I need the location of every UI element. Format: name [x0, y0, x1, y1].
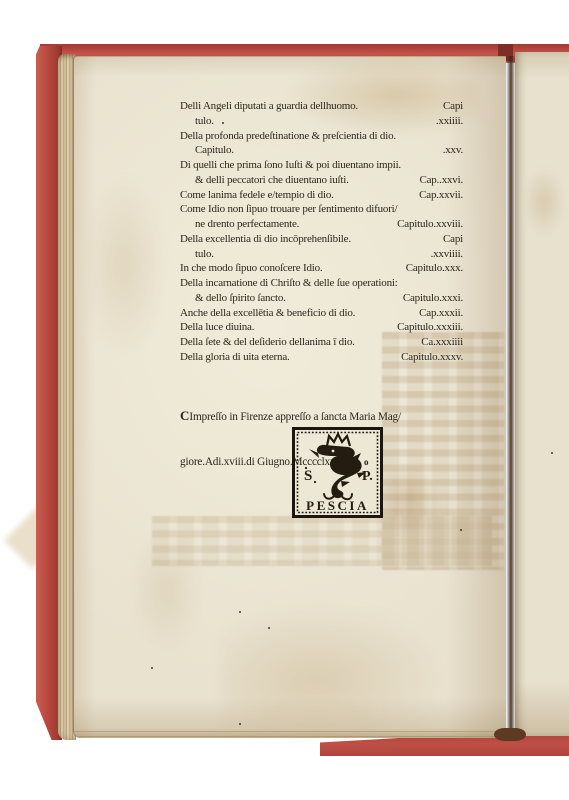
toc-line: In che modo ſipuo conoſcere Idio.Capitul…	[180, 261, 463, 276]
toc-entry-text: Come Idio non ſipuo trouare per ſentimen…	[180, 202, 397, 217]
stain	[222, 596, 457, 736]
toc-chapter-number: Cap.xxxii.	[419, 306, 463, 321]
toc-chapter-number: Capi	[443, 232, 463, 247]
toc-entry-text: Anche della excellētia & beneficio di di…	[180, 306, 355, 321]
toc-chapter-number: Capi	[443, 99, 463, 114]
ink-speck	[239, 723, 241, 725]
toc-entry-text: Di quelli che prima ſono Iuſti & poi diu…	[180, 158, 401, 173]
toc-chapter-number: Cap..xxvi.	[419, 173, 463, 188]
toc-line: Della gloria di uita eterna.Capitulo.xxx…	[180, 350, 463, 365]
capitulum-mark: C	[180, 408, 189, 423]
stain	[129, 526, 204, 656]
toc-entry-text: In che modo ſipuo conoſcere Idio.	[180, 261, 322, 276]
toc-chapter-number: .xxv.	[443, 143, 463, 158]
ink-speck	[460, 529, 462, 531]
toc-line: Della luce diuina.Capitulo.xxxiii.	[180, 320, 463, 335]
book-page-verso: Delli Angeli diputati a guardia dellhuom…	[74, 56, 506, 738]
toc-chapter-number: Capitulo.xxxiii.	[397, 320, 463, 335]
toc-line: & delli peccatori che diuentano iuſti.Ca…	[180, 173, 463, 188]
toc-line: ne drento perfectamente.Capitulo.xxviii.	[180, 217, 463, 232]
toc-line: Della excellentia di dio incōprehenſibil…	[180, 232, 463, 247]
toc-entry-text: Della incarnatione di Chriſto & delle ſu…	[180, 276, 398, 291]
toc-line: Della profonda predeſtinatione & preſcie…	[180, 129, 463, 144]
ink-speck	[239, 611, 241, 613]
toc-entry-text: ne drento perfectamente.	[195, 217, 299, 232]
toc-entry-text: Della gloria di uita eterna.	[180, 350, 290, 365]
toc-entry-text: & delli peccatori che diuentano iuſti.	[195, 173, 349, 188]
toc-line: Come lanima fedele e/tempio di dio.Cap.x…	[180, 188, 463, 203]
spine-notch-bottom	[494, 728, 526, 741]
ink-speck	[151, 667, 153, 669]
toc-line: tulo..xxviiii.	[180, 247, 463, 262]
toc-line: Di quelli che prima ſono Iuſti & poi diu…	[180, 158, 463, 173]
toc-chapter-number: Capitulo.xxxv.	[401, 350, 463, 365]
toc-entry-text: Delli Angeli diputati a guardia dellhuom…	[180, 99, 358, 114]
dolphin-eye	[332, 450, 335, 453]
table-of-contents: Delli Angeli diputati a guardia dellhuom…	[180, 99, 463, 365]
open-book: Delli Angeli diputati a guardia dellhuom…	[36, 44, 569, 760]
device-caption: PESCIA	[306, 498, 369, 513]
device-letter-o: o	[364, 457, 369, 467]
toc-entry-text: Della excellentia di dio incōprehenſibil…	[180, 232, 351, 247]
book-gutter	[506, 56, 515, 738]
toc-line: & dello ſpirito ſancto.Capitulo.xxxi.	[180, 291, 463, 306]
toc-line: Della incarnatione di Chriſto & delle ſu…	[180, 276, 463, 291]
crown-icon	[327, 434, 350, 446]
colophon-text: Impreſſo in Firenze appreſſo a ſancta Ma…	[189, 411, 401, 423]
book-photo-stage: Delli Angeli diputati a guardia dellhuom…	[0, 0, 569, 800]
page-bottom-leaf-edges	[74, 729, 506, 738]
stain	[82, 174, 167, 359]
toc-chapter-number: Capitulo.xxx.	[406, 261, 463, 276]
toc-chapter-number: .xxiiii.	[436, 114, 463, 129]
toc-chapter-number: .xxviiii.	[431, 247, 463, 262]
toc-entry-text: Della profonda predeſtinatione & preſcie…	[180, 129, 396, 144]
device-letter-p: P.	[362, 469, 373, 484]
toc-line: Come Idio non ſipuo trouare per ſentimen…	[180, 202, 463, 217]
toc-line: Capitulo..xxv.	[180, 143, 463, 158]
toc-entry-text: Capitulo.	[195, 143, 234, 158]
colophon-line-1: CImpreſſo in Firenze appreſſo a ſancta M…	[180, 408, 463, 425]
dolphin-icon	[317, 445, 362, 498]
toc-entry-text: Come lanima fedele e/tempio di dio.	[180, 188, 334, 203]
printers-device-pescia: S o P. PESCIA	[292, 427, 383, 518]
toc-entry-text: & dello ſpirito ſancto.	[195, 291, 286, 306]
toc-line: tulo..xxiiii.	[180, 114, 463, 129]
toc-entry-text: Della luce diuina.	[180, 320, 254, 335]
device-letter-s: S	[304, 468, 312, 484]
dolphin-device-graphic: S o P. PESCIA	[292, 427, 383, 518]
toc-chapter-number: Cap.xxvii.	[419, 188, 463, 203]
ink-speck	[551, 452, 553, 454]
toc-entry-text: Della ſete & del deſiderio dellanima ī d…	[180, 335, 355, 350]
ink-speck	[268, 627, 270, 629]
toc-entry-text: tulo.	[195, 247, 214, 262]
facing-page-sliver	[515, 52, 569, 736]
toc-line: Delli Angeli diputati a guardia dellhuom…	[180, 99, 463, 114]
flourish-dot	[314, 481, 316, 483]
show-through-text	[152, 516, 492, 566]
toc-chapter-number: Capitulo.xxxi.	[403, 291, 463, 306]
toc-entry-text: tulo.	[195, 114, 214, 129]
stain	[523, 167, 565, 237]
toc-chapter-number: Ca.xxxiiii	[421, 335, 463, 350]
toc-chapter-number: Capitulo.xxviii.	[397, 217, 463, 232]
toc-line: Anche della excellētia & beneficio di di…	[180, 306, 463, 321]
toc-line: Della ſete & del deſiderio dellanima ī d…	[180, 335, 463, 350]
